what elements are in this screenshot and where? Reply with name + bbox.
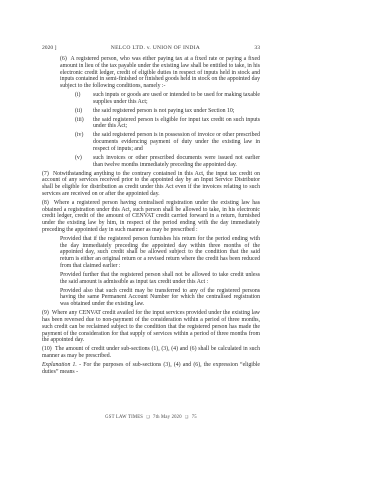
third-proviso-paragraph: Provided also that such credit may be tr… [60, 288, 260, 308]
first-proviso-paragraph: Provided that if the registered person f… [60, 236, 260, 270]
subsection-9-text: Where any CENVAT credit availed for the … [42, 310, 260, 343]
page-footer: GST LAW TIMES❏7th May 2020❏75 [42, 414, 260, 420]
condition-item-i: (i) such inputs or goods are used or int… [75, 92, 260, 106]
subsection-8-number: (8) [42, 200, 49, 206]
subsection-6-number: (6) [60, 56, 67, 62]
condition-item-v-number: (v) [75, 155, 93, 169]
third-proviso-text: Provided also that such credit may be tr… [60, 288, 260, 308]
subsection-10-text: The amount of credit under sub-sections … [42, 346, 260, 359]
condition-item-iii-number: (iii) [75, 117, 93, 131]
first-proviso-text: Provided that if the registered person f… [60, 236, 260, 269]
footer-publication: GST LAW TIMES [105, 415, 143, 420]
condition-item-ii: (ii) the said registered person is not p… [75, 108, 260, 115]
running-head-case-title: NELCO LTD. v. UNION OF INDIA [111, 45, 200, 52]
condition-item-i-number: (i) [75, 92, 93, 106]
square-separator-icon: ❏ [146, 414, 150, 419]
footer-date: 7th May 2020 [153, 415, 182, 420]
subsection-7-paragraph: (7) Notwithstanding anything to the cont… [42, 171, 260, 198]
subsection-9-number: (9) [42, 310, 49, 316]
explanation-paragraph: Explanation 1. - For the purposes of sub… [42, 362, 260, 376]
subsection-8-paragraph: (8) Where a registered person having cen… [42, 200, 260, 234]
running-head: 2020 ] NELCO LTD. v. UNION OF INDIA 33 [42, 45, 260, 52]
explanation-lead: Explanation 1. [42, 362, 77, 368]
subsection-10-number: (10) [42, 346, 52, 352]
subsection-8-text: Where a registered person having central… [42, 200, 260, 233]
subsection-7-number: (7) [42, 171, 49, 177]
second-proviso-text: Provided further that the registered per… [60, 272, 260, 285]
subsection-6-text: A registered person, who was either payi… [60, 56, 260, 89]
condition-item-iii: (iii) the said registered person is elig… [75, 117, 260, 131]
condition-item-ii-text: the said registered person is not paying… [93, 108, 260, 115]
statute-extract-body: (6) A registered person, who was either … [42, 56, 260, 378]
condition-item-i-text: such inputs or goods are used or intende… [93, 92, 260, 106]
scanned-document-page: 2020 ] NELCO LTD. v. UNION OF INDIA 33 (… [0, 0, 370, 480]
subsection-7-text: Notwithstanding anything to the contrary… [42, 171, 260, 197]
second-proviso-paragraph: Provided further that the registered per… [60, 272, 260, 286]
condition-item-v-text: such invoices or other prescribed docume… [93, 155, 260, 169]
condition-item-iv: (iv) the said registered person is in po… [75, 132, 260, 152]
condition-item-iv-number: (iv) [75, 132, 93, 152]
square-separator-icon: ❏ [185, 414, 189, 419]
subsection-6-paragraph: (6) A registered person, who was either … [60, 56, 260, 90]
condition-item-iv-text: the said registered person is in possess… [93, 132, 260, 152]
running-head-page-number: 33 [254, 45, 260, 52]
condition-item-iii-text: the said registered person is eligible f… [93, 117, 260, 131]
footer-folio-number: 75 [192, 415, 197, 420]
subsection-9-paragraph: (9) Where any CENVAT credit availed for … [42, 310, 260, 344]
running-head-year: 2020 ] [42, 45, 56, 52]
condition-item-ii-number: (ii) [75, 108, 93, 115]
subsection-10-paragraph: (10) The amount of credit under sub-sect… [42, 346, 260, 360]
condition-item-v: (v) such invoices or other prescribed do… [75, 155, 260, 169]
